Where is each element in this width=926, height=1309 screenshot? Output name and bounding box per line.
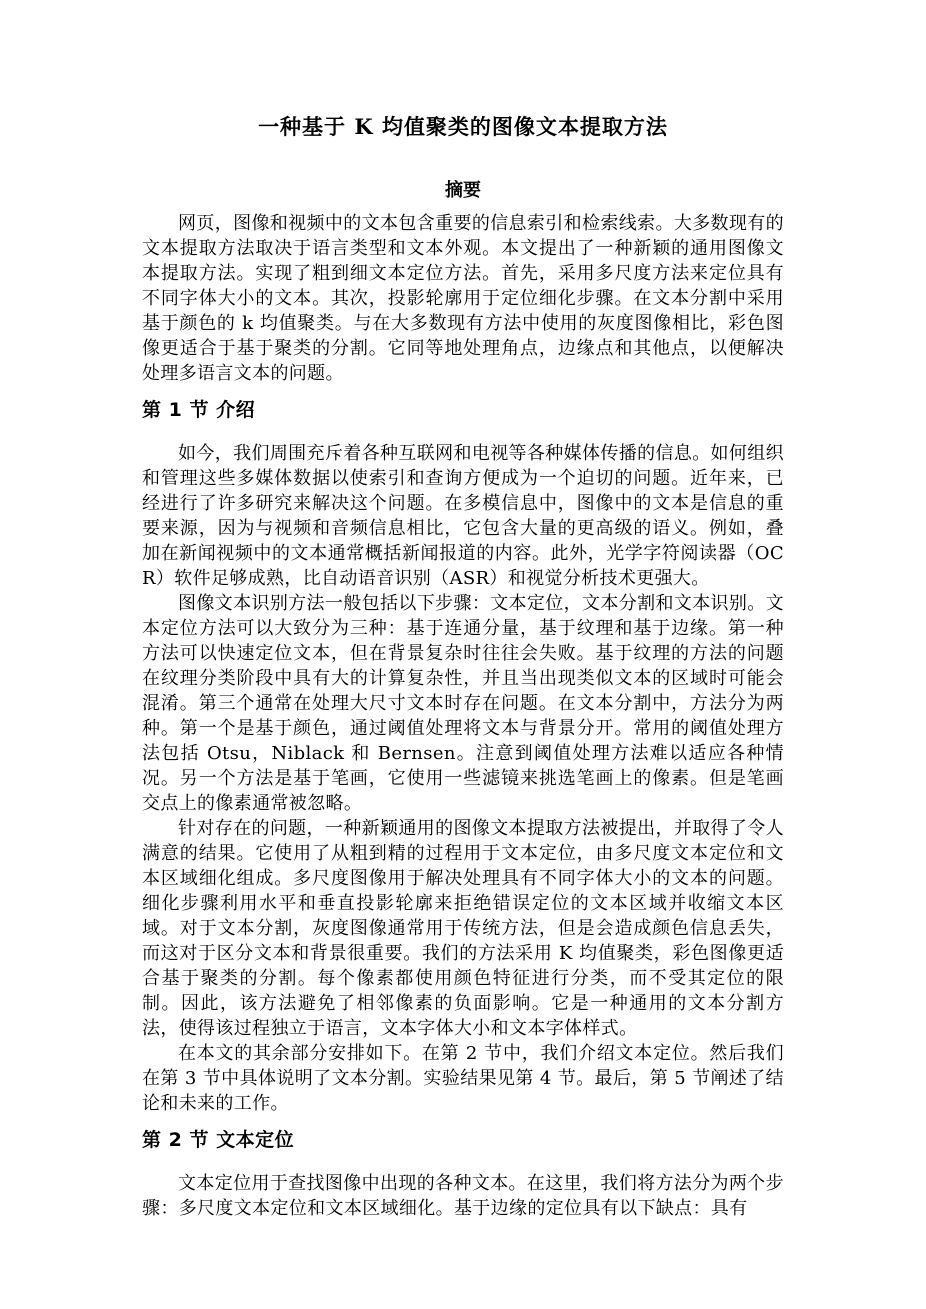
section-1-heading: 第 1 节 介绍: [142, 397, 784, 424]
section-1-paragraph-1: 如今，我们周围充斥着各种互联网和电视等各种媒体传播的信息。如何组织和管理这些多媒…: [142, 441, 784, 591]
paper-title: 一种基于 K 均值聚类的图像文本提取方法: [142, 112, 784, 142]
section-2-paragraph-1: 文本定位用于查找图像中出现的各种文本。在这里，我们将方法分为两个步骤：多尺度文本…: [142, 1171, 784, 1221]
section-1-paragraph-3: 针对存在的问题，一种新颖通用的图像文本提取方法被提出，并取得了令人满意的结果。它…: [142, 816, 784, 1041]
section-1-paragraph-2: 图像文本识别方法一般包括以下步骤：文本定位，文本分割和文本识别。文本定位方法可以…: [142, 591, 784, 816]
abstract-text: 网页，图像和视频中的文本包含重要的信息索引和检索线索。大多数现有的文本提取方法取…: [142, 211, 784, 386]
document-page: 一种基于 K 均值聚类的图像文本提取方法 摘要 网页，图像和视频中的文本包含重要…: [0, 0, 926, 1309]
section-1-paragraph-4: 在本文的其余部分安排如下。在第 2 节中，我们介绍文本定位。然后我们在第 3 节…: [142, 1041, 784, 1116]
abstract-heading: 摘要: [142, 178, 784, 203]
section-2-heading: 第 2 节 文本定位: [142, 1127, 784, 1154]
